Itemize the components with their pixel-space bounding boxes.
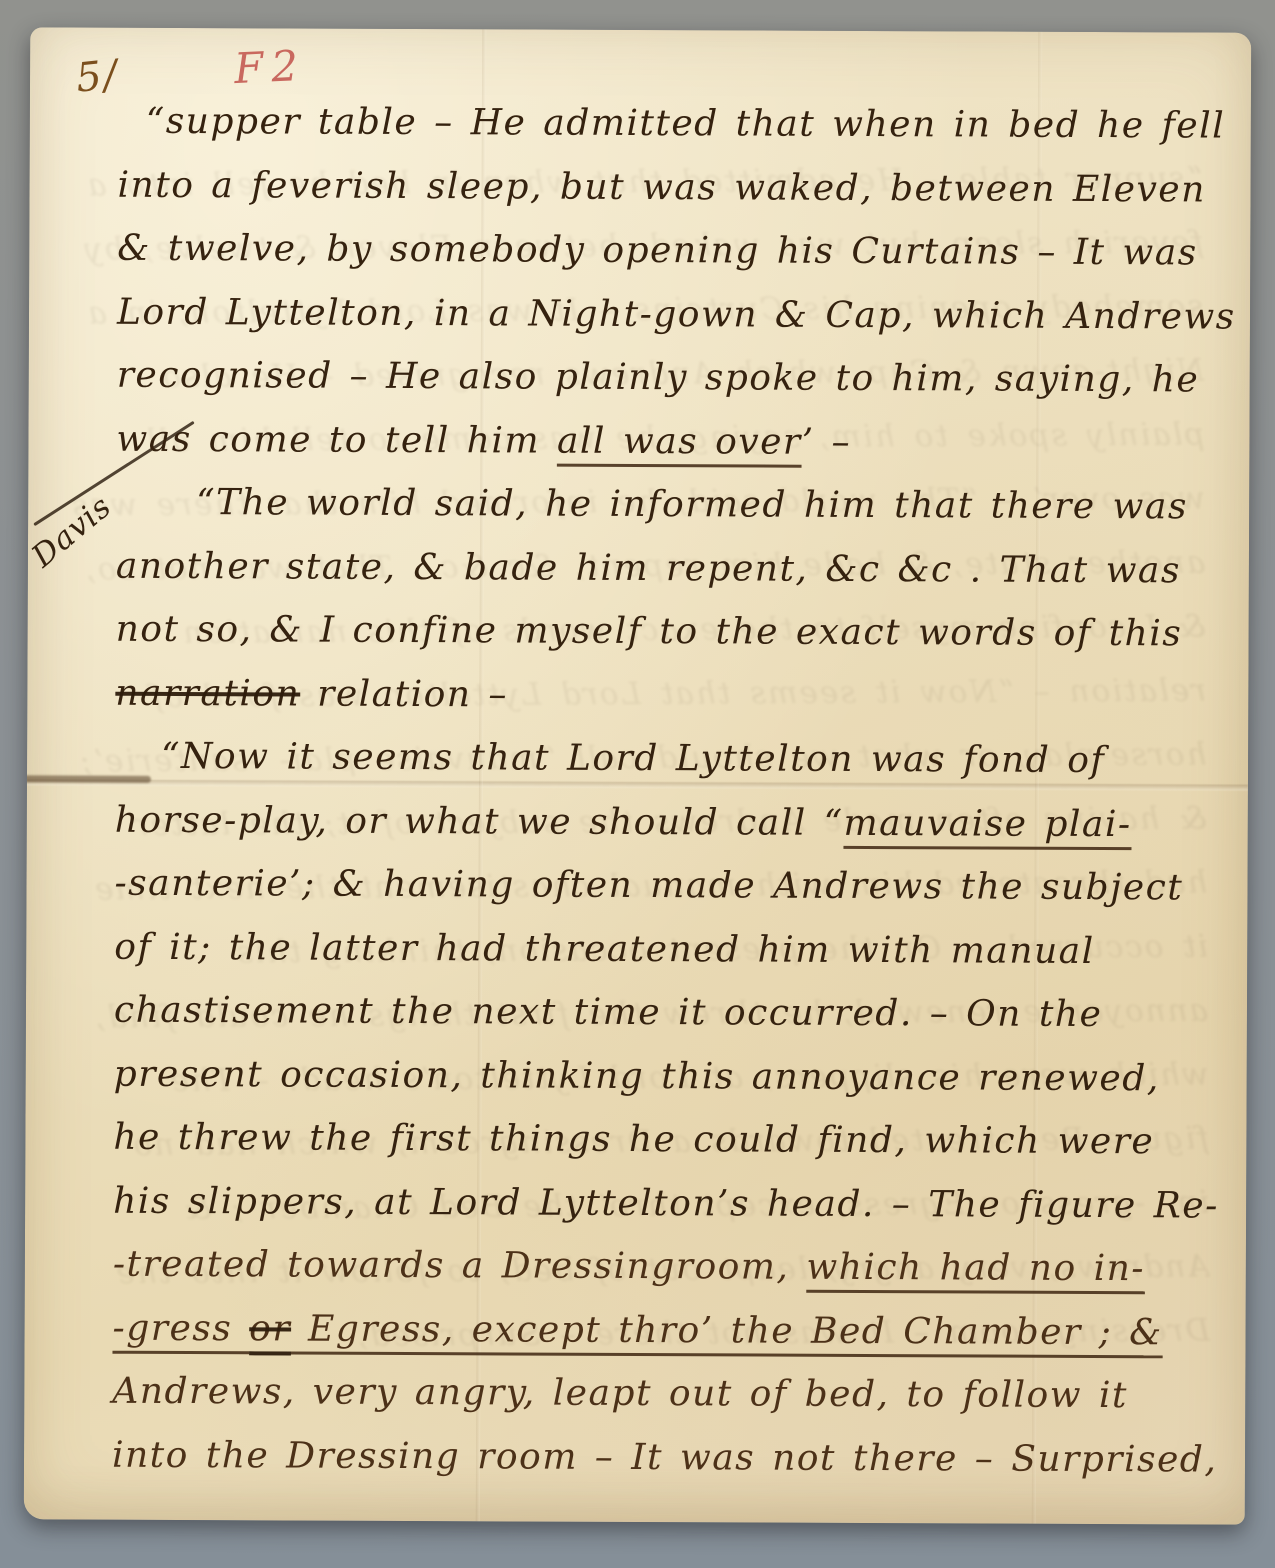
line-text: was come to tell him [116,418,557,461]
manuscript-line: his slippers, at Lord Lyttelton’s head. … [113,1169,1225,1237]
line-text: “The world said, he informed him that th… [196,482,1188,527]
line-text: of it; the latter had threatened him wit… [114,926,1095,971]
line-text: -santerie’; & having often made Andrews … [114,863,1183,909]
underlined-phrase: all was over [557,420,802,462]
line-text: & twelve, by somebody opening his Curtai… [117,228,1198,274]
manuscript-line: recognised – He also plainly spoke to hi… [117,344,1229,412]
manuscript-line: not so, & I confine myself to the exact … [115,598,1227,666]
line-text: “Now it seems that Lord Lyttelton was fo… [161,736,1105,781]
line-text: horse-play, or what we should call “ [115,799,844,843]
page-number: 5/ [74,52,121,102]
manuscript-line: into the Dressing room – It was not ther… [112,1423,1224,1491]
struck-out-word: or [249,1308,291,1349]
manuscript-line: was come to tell him all was over’ – [116,407,1228,475]
line-text: another state, & bade him repent, &c &c … [116,545,1181,591]
manuscript-line: Andrews, very angry, leapt out of bed, t… [112,1360,1224,1428]
line-text: present occasion, thinking this annoyanc… [114,1053,1160,1099]
manuscript-line: “The world said, he informed him that th… [116,471,1228,539]
underlined-phrase: which had no in- [806,1247,1145,1289]
line-text: recognised – He also plainly spoke to hi… [117,355,1200,401]
underlined-phrase: mauvaise plai- [843,802,1131,844]
manuscript-line: chastisement the next time it occurred. … [114,979,1226,1047]
line-text: not so, & I confine myself to the exact … [116,609,1183,655]
manuscript-line: “Now it seems that Lord Lyttelton was fo… [115,725,1227,793]
manuscript-text: “supper table – He admitted that when in… [112,90,1230,1492]
line-text: “supper table – He admitted that when in… [146,101,1226,147]
manuscript-line: -treated towards a Dressingroom, which h… [113,1233,1225,1301]
line-text: his slippers, at Lord Lyttelton’s head. … [113,1180,1219,1226]
manuscript-line: another state, & bade him repent, &c &c … [116,534,1228,602]
line-text: -treated towards a Dressingroom, [113,1244,807,1288]
line-text: Andrews, very angry, leapt out of bed, t… [112,1371,1128,1416]
line-text: relation – [300,673,508,715]
red-catalog-mark: F2 [233,41,307,93]
manuscript-line: horse-play, or what we should call “mauv… [115,788,1227,856]
manuscript-line: of it; the latter had threatened him wit… [114,915,1226,983]
line-text: he threw the first things he could find,… [113,1117,1154,1163]
manuscript-line: -gress or Egress, except thro’ the Bed C… [112,1296,1224,1364]
line-text: ’ – [802,421,852,462]
manuscript-page: “supper table – He admitted that when in… [24,27,1251,1524]
manuscript-line: -santerie’; & having often made Andrews … [114,852,1226,920]
manuscript-line: narration relation – [115,661,1227,729]
line-text: Lord Lyttelton, in a Night-gown & Cap, w… [117,291,1236,337]
underlined-phrase: -gress [112,1307,249,1349]
line-text: into the Dressing room – It was not ther… [112,1434,1217,1480]
line-text: chastisement the next time it occurred. … [114,990,1103,1035]
manuscript-line: he threw the first things he could find,… [113,1106,1225,1174]
line-text: into a feverish sleep, but was waked, be… [117,164,1205,210]
manuscript-line: “supper table – He admitted that when in… [118,90,1230,158]
underlined-phrase: Egress, except thro’ the Bed Chamber ; & [291,1308,1163,1353]
manuscript-line: into a feverish sleep, but was waked, be… [117,153,1229,221]
manuscript-line: Lord Lyttelton, in a Night-gown & Cap, w… [117,280,1229,348]
manuscript-line: present occasion, thinking this annoyanc… [114,1042,1226,1110]
manuscript-line: & twelve, by somebody opening his Curtai… [117,217,1229,285]
struck-out-word: narration [115,672,300,714]
